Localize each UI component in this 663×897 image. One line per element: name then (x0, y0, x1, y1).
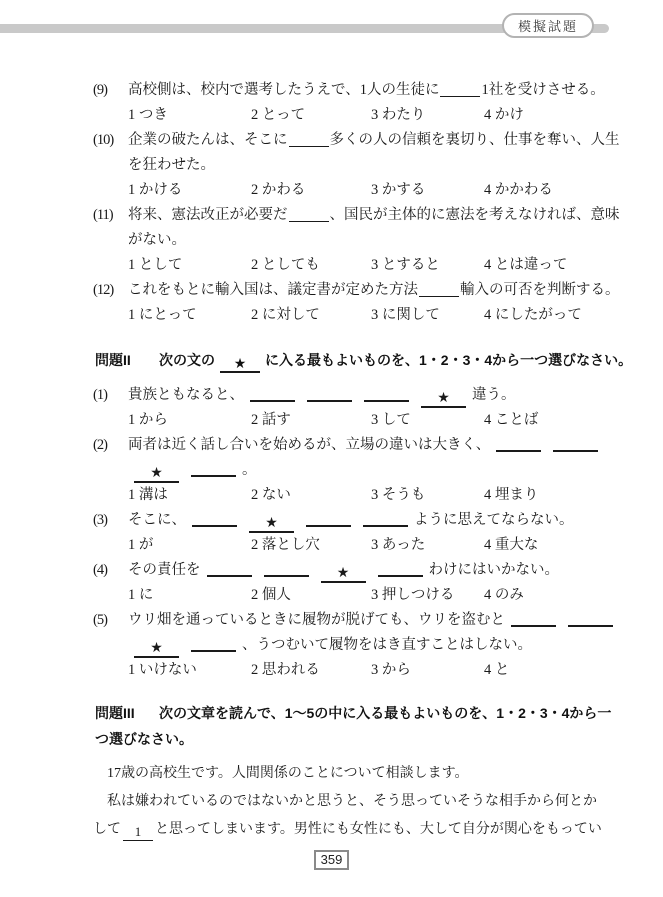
question-number: (9) (93, 78, 107, 103)
question-text-line2: ★。 (128, 458, 663, 483)
option-2: 2 個人 (251, 583, 371, 608)
text-segment: その責任を (128, 562, 201, 578)
options-row: 1 いけない 2 思われる 3 から 4 と (128, 658, 663, 683)
text-segment: そこに、 (128, 512, 186, 528)
section-label: 問題III (95, 700, 159, 726)
text-segment: 、うつむいて履物をはき直すことはしない。 (242, 637, 532, 653)
option-2: 2 思われる (251, 658, 371, 683)
text-segment: と思ってしまいます。男性にも女性にも、大して自分が関心をもってい (155, 822, 602, 837)
text-segment: わけにはいかない。 (429, 562, 560, 578)
question-number: (5) (93, 608, 107, 633)
option-4: 4 埋まり (484, 483, 663, 508)
text-segment: 両者は近く話し合いを始めるが、立場の違いは大きく、 (128, 437, 490, 453)
passage-line: して1と思ってしまいます。男性にも女性にも、大して自分が関心をもってい (93, 816, 603, 844)
option-2: 2 としても (251, 253, 371, 278)
options-row: 1 から 2 話す 3 して 4 ことば (128, 408, 663, 433)
star-mark: ★ (150, 640, 163, 656)
section-title-post: に入る最もよいものを、1・2・3・4から一つ選びなさい。 (265, 352, 632, 368)
option-3: 3 かする (371, 178, 484, 203)
text-segment: 企業の破たんは、そこに (128, 132, 288, 148)
question-text-line2: ★、うつむいて履物をはき直すことはしない。 (128, 633, 663, 658)
question-number: (3) (93, 508, 107, 533)
passage-line: 私は嫌われているのではないかと思うと、そう思っていそうな相手から何とか (93, 788, 603, 816)
option-1: 1 にとって (128, 303, 251, 328)
option-1: 1 かける (128, 178, 251, 203)
blank-line (419, 280, 459, 297)
star-blank: ★ (249, 515, 294, 533)
text-segment: がない。 (128, 232, 186, 248)
star-blank: ★ (321, 565, 366, 583)
text-segment: 違う。 (472, 387, 516, 403)
text-segment: して (93, 822, 121, 837)
passage-line: 17歳の高校生です。人間関係のことについて相談します。 (93, 760, 603, 788)
option-1: 1 溝は (128, 483, 251, 508)
question-text: 高校側は、校内で選考したうえで、1人の生徒に1社を受けさせる。 (128, 78, 663, 103)
star-mark: ★ (337, 565, 350, 581)
question-text: そこに、★ように思えてならない。 (128, 508, 663, 533)
blank-line (264, 559, 309, 577)
option-3: 3 あった (371, 533, 484, 558)
options-row: 1 として 2 としても 3 とすると 4 とは違って (128, 253, 663, 278)
options-row: 1 にとって 2 に対して 3 に関して 4 にしたがって (128, 303, 663, 328)
header-tab: 模擬試題 (502, 13, 594, 38)
question-number: (2) (93, 433, 107, 458)
text-segment: を狂わせた。 (128, 157, 215, 173)
option-1: 1 として (128, 253, 251, 278)
star-blank: ★ (220, 355, 260, 373)
page-footer: 359 (0, 850, 663, 870)
question-5: (5) ウリ畑を通っているときに履物が脱げても、ウリを盗むと ★、うつむいて履物… (0, 608, 663, 683)
section-title-line1: 次の文章を読んで、1～5の中に入る最もよいものを、1・2・3・4から一 (159, 705, 611, 721)
blank-line (553, 434, 598, 452)
option-1: 1 つき (128, 103, 251, 128)
star-blank: ★ (134, 640, 179, 658)
question-number: (12) (93, 278, 113, 303)
blank-line (306, 509, 351, 527)
text-segment: 多くの人の信頼を裏切り、仕事を奪い、人生 (330, 132, 620, 148)
section-3-heading: 問題III次の文章を読んで、1～5の中に入る最もよいものを、1・2・3・4から一 (0, 700, 663, 726)
blank-line (191, 634, 236, 652)
question-2: (2) 両者は近く話し合いを始めるが、立場の違いは大きく、 ★。 1 溝は 2 … (0, 433, 663, 508)
question-text: これをもとに輸入国は、議定書が定めた方法輸入の可否を判断する。 (128, 278, 663, 303)
option-3: 3 から (371, 658, 484, 683)
blank-line (363, 509, 408, 527)
blank-line (496, 434, 541, 452)
question-10: (10) 企業の破たんは、そこに多くの人の信頼を裏切り、仕事を奪い、人生 を狂わ… (0, 128, 663, 203)
question-number: (4) (93, 558, 107, 583)
question-text: 貴族ともなると、★違う。 (128, 383, 663, 408)
header-tab-label: 模擬試題 (518, 19, 578, 34)
question-text: 企業の破たんは、そこに多くの人の信頼を裏切り、仕事を奪い、人生 (128, 128, 663, 153)
text-segment: 将来、憲法改正が必要だ (128, 207, 288, 223)
text-segment: ウリ畑を通っているときに履物が脱げても、ウリを盗むと (128, 612, 505, 628)
blank-line (568, 609, 613, 627)
option-1: 1 に (128, 583, 251, 608)
option-3: 3 そうも (371, 483, 484, 508)
text-segment: 貴族ともなると、 (128, 387, 244, 403)
option-3: 3 押しつける (371, 583, 484, 608)
text-segment: これをもとに輸入国は、議定書が定めた方法 (128, 282, 418, 298)
text-segment: 。 (242, 462, 257, 478)
question-11: (11) 将来、憲法改正が必要だ、国民が主体的に憲法を考えなければ、意味 がない… (0, 203, 663, 278)
numbered-blank: 1 (123, 824, 153, 841)
option-1: 1 が (128, 533, 251, 558)
question-3: (3) そこに、★ように思えてならない。 1 が 2 落とし穴 3 あった 4 … (0, 508, 663, 558)
section-title-pre: 次の文の (159, 352, 215, 368)
option-1: 1 いけない (128, 658, 251, 683)
reading-passage: 17歳の高校生です。人間関係のことについて相談します。 私は嫌われているのではな… (0, 760, 663, 844)
option-4: 4 かかわる (484, 178, 663, 203)
option-2: 2 かわる (251, 178, 371, 203)
question-text-line2: を狂わせた。 (128, 153, 663, 178)
section-title-line2: つ選びなさい。 (95, 731, 193, 747)
question-number: (1) (93, 383, 107, 408)
question-text-line2: がない。 (128, 228, 663, 253)
text-segment: 1社を受けさせる。 (481, 82, 604, 98)
blank-line (192, 509, 237, 527)
section-2-heading: 問題II次の文の★に入る最もよいものを、1・2・3・4から一つ選びなさい。 (0, 348, 663, 373)
blank-line (289, 130, 329, 147)
question-text: その責任を★わけにはいかない。 (128, 558, 663, 583)
section-label: 問題II (95, 348, 159, 373)
option-4: 4 と (484, 658, 663, 683)
question-text: 両者は近く話し合いを始めるが、立場の違いは大きく、 (128, 433, 663, 458)
question-number: (10) (93, 128, 113, 153)
options-row: 1 かける 2 かわる 3 かする 4 かかわる (128, 178, 663, 203)
text-segment: ように思えてならない。 (414, 512, 574, 528)
option-4: 4 かけ (484, 103, 663, 128)
text-segment: 、国民が主体的に憲法を考えなければ、意味 (330, 207, 620, 223)
options-row: 1 が 2 落とし穴 3 あった 4 重大な (128, 533, 663, 558)
blank-line (307, 384, 352, 402)
option-2: 2 落とし穴 (251, 533, 371, 558)
options-row: 1 つき 2 とって 3 わたり 4 かけ (128, 103, 663, 128)
options-row: 1 に 2 個人 3 押しつける 4 のみ (128, 583, 663, 608)
question-text: ウリ畑を通っているときに履物が脱げても、ウリを盗むと (128, 608, 663, 633)
option-3: 3 とすると (371, 253, 484, 278)
option-4: 4 のみ (484, 583, 663, 608)
option-4: 4 にしたがって (484, 303, 663, 328)
option-4: 4 とは違って (484, 253, 663, 278)
option-3: 3 わたり (371, 103, 484, 128)
blank-line (511, 609, 556, 627)
text-segment: 高校側は、校内で選考したうえで、1人の生徒に (128, 82, 439, 98)
option-3: 3 して (371, 408, 484, 433)
star-mark: ★ (150, 465, 163, 481)
question-text: 将来、憲法改正が必要だ、国民が主体的に憲法を考えなければ、意味 (128, 203, 663, 228)
question-4: (4) その責任を★わけにはいかない。 1 に 2 個人 3 押しつける 4 の… (0, 558, 663, 608)
question-1: (1) 貴族ともなると、★違う。 1 から 2 話す 3 して 4 ことば (0, 383, 663, 433)
star-mark: ★ (437, 390, 450, 406)
page-content: (9) 高校側は、校内で選考したうえで、1人の生徒に1社を受けさせる。 1 つき… (0, 78, 663, 870)
option-4: 4 重大な (484, 533, 663, 558)
blank-line (378, 559, 423, 577)
blank-line (440, 80, 480, 97)
question-9: (9) 高校側は、校内で選考したうえで、1人の生徒に1社を受けさせる。 1 つき… (0, 78, 663, 128)
option-2: 2 話す (251, 408, 371, 433)
option-2: 2 とって (251, 103, 371, 128)
star-mark: ★ (234, 356, 247, 372)
option-2: 2 ない (251, 483, 371, 508)
star-blank: ★ (421, 390, 466, 408)
star-mark: ★ (265, 515, 278, 531)
blank-line (289, 205, 329, 222)
section-3-heading-line2: つ選びなさい。 (0, 726, 663, 752)
blank-line (207, 559, 252, 577)
question-12: (12) これをもとに輸入国は、議定書が定めた方法輸入の可否を判断する。 1 に… (0, 278, 663, 328)
star-blank: ★ (134, 465, 179, 483)
option-3: 3 に関して (371, 303, 484, 328)
blank-line (191, 459, 236, 477)
blank-line (364, 384, 409, 402)
page-number: 359 (314, 850, 350, 870)
text-segment: 輸入の可否を判断する。 (460, 282, 620, 298)
option-4: 4 ことば (484, 408, 663, 433)
options-row: 1 溝は 2 ない 3 そうも 4 埋まり (128, 483, 663, 508)
option-1: 1 から (128, 408, 251, 433)
blank-line (250, 384, 295, 402)
option-2: 2 に対して (251, 303, 371, 328)
question-number: (11) (93, 203, 113, 228)
